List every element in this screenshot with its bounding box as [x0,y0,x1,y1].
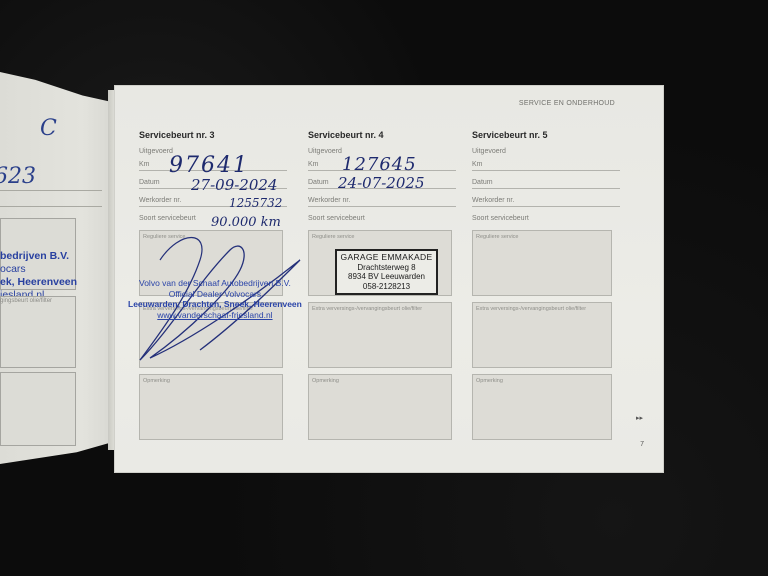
km-field: Uitgevoerd Km 97641 [139,148,287,171]
service-type-field: Soort servicebeurt [308,208,456,224]
extra-service-label: Extra verversings-/vervangingsbeurt olie… [476,306,586,312]
stamp-line: ocars [0,263,77,276]
regular-service-box: Reguliere service [472,230,612,296]
service-title: Servicebeurt nr. 3 [139,130,287,140]
left-extra-label: gingsbeurt olie/filter [0,298,52,304]
service-type-label: Soort servicebeurt [308,215,365,222]
km-field: Uitgevoerd Km 127645 [308,148,456,171]
garage-city: 8934 BV Leeuwarden [339,272,434,282]
date-label: Datum [472,179,493,186]
form-line [0,206,102,207]
remark-box: Opmerking [308,374,452,440]
workorder-label: Werkorder nr. [308,197,350,204]
left-extra-box [0,296,76,368]
form-line [0,190,102,191]
handwritten-number: 623 [0,164,36,189]
date-field: Datum [472,172,620,189]
garage-stamp: GARAGE EMMAKADE Drachtsterweg 8 8934 BV … [335,249,438,295]
date-label: Datum [139,179,160,186]
date-field: Datum 27-09-2024 [139,172,287,189]
workorder-field: Werkorder nr. [308,190,456,207]
service-type-field: Soort servicebeurt [472,208,620,224]
km-label: Km [472,161,483,168]
handwritten-letter: C [40,116,57,141]
extra-service-label: Extra verversings-/vervangingsbeurt olie… [312,306,422,312]
service-column-5: Servicebeurt nr. 5 Uitgevoerd Km Datum W… [472,130,620,440]
remark-box: Opmerking [139,374,283,440]
remark-box: Opmerking [472,374,612,440]
dealer-website: www.vanderschaaf-friesland.nl [128,310,302,321]
date-label: Datum [308,179,329,186]
next-page-icon: ▸▸ [636,414,643,422]
service-title: Servicebeurt nr. 4 [308,130,456,140]
left-remark-box [0,372,76,446]
regular-service-label: Reguliere service [476,234,519,240]
garage-name: GARAGE EMMAKADE [339,253,434,263]
extra-service-box: Extra verversings-/vervangingsbeurt olie… [472,302,612,368]
remark-label: Opmerking [312,378,339,384]
garage-phone: 058-2128213 [339,282,434,292]
section-header: SERVICE EN ONDERHOUD [519,100,615,107]
remark-label: Opmerking [476,378,503,384]
km-label: Km [139,161,150,168]
km-field: Uitgevoerd Km [472,148,620,171]
workorder-field: Werkorder nr. 1255732 [139,190,287,207]
dealer-name: Volvo van der Schaaf Autobedrijven B.V. [128,278,302,289]
regular-service-label: Reguliere service [312,234,355,240]
workorder-label: Werkorder nr. [139,197,181,204]
left-page: C 623 bedrijven B.V. ocars ek, Heerenvee… [0,72,118,464]
workorder-field: Werkorder nr. [472,190,620,207]
garage-street: Drachtsterweg 8 [339,263,434,273]
uitgevoerd-label: Uitgevoerd [472,148,506,155]
page-number: 7 [640,441,644,448]
uitgevoerd-label: Uitgevoerd [308,148,342,155]
stamp-line: bedrijven B.V. [0,250,77,263]
extra-service-box: Extra verversings-/vervangingsbeurt olie… [308,302,452,368]
left-dealer-stamp: bedrijven B.V. ocars ek, Heerenveen iesl… [0,250,77,302]
service-type-label: Soort servicebeurt [472,215,529,222]
dealer-locations: Leeuwarden, Drachten, Sneek, Heerenveen [128,299,302,310]
service-title: Servicebeurt nr. 5 [472,130,620,140]
dealer-tagline: Official Dealer Volvocars [128,289,302,300]
dealer-stamp: Volvo van der Schaaf Autobedrijven B.V. … [128,278,302,320]
km-label: Km [308,161,319,168]
uitgevoerd-label: Uitgevoerd [139,148,173,155]
date-field: Datum 24-07-2025 [308,172,456,189]
workorder-label: Werkorder nr. [472,197,514,204]
stamp-line: ek, Heerenveen [0,276,77,289]
remark-label: Opmerking [143,378,170,384]
